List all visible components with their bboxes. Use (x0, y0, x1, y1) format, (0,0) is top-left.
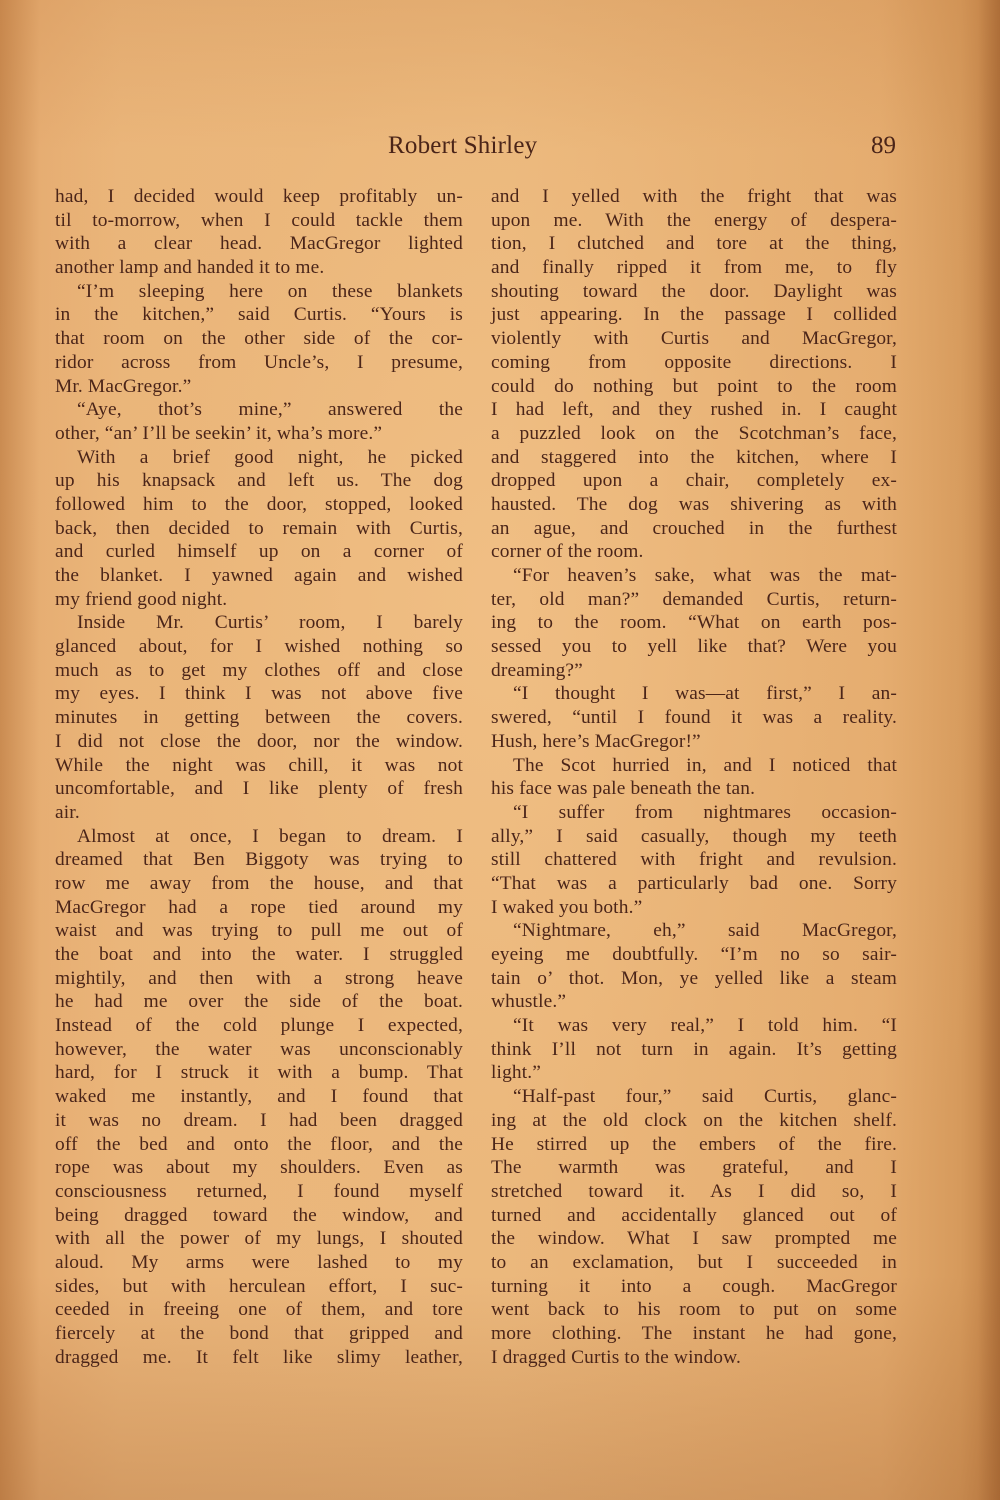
text-line: went back to his room to put on some (491, 1298, 897, 1322)
text-line: aloud. My arms were lashed to my (55, 1251, 463, 1275)
text-line: uncomfortable, and I like plenty of fres… (55, 777, 463, 801)
text-line: followed him to the door, stopped, looke… (55, 493, 463, 517)
right-column: and I yelled with the fright that wasupo… (491, 185, 897, 1369)
text-line: with all the power of my lungs, I shoute… (55, 1227, 463, 1251)
text-line: dragged me. It felt like slimy leather, (55, 1346, 463, 1370)
text-line: still chattered with fright and revulsio… (491, 848, 897, 872)
text-line: tain o’ thot. Mon, ye yelled like a stea… (491, 967, 897, 991)
text-line: “I thought I was—at first,” I an- (491, 682, 897, 706)
text-line: I did not close the door, nor the window… (55, 730, 463, 754)
text-line: I dragged Curtis to the window. (491, 1346, 897, 1370)
text-line: ing at the old clock on the kitchen shel… (491, 1109, 897, 1133)
text-line: stretched toward it. As I did so, I (491, 1180, 897, 1204)
text-line: fiercely at the bond that gripped and (55, 1322, 463, 1346)
text-line: the blanket. I yawned again and wished (55, 564, 463, 588)
text-line: rope was about my shoulders. Even as (55, 1156, 463, 1180)
text-line: “For heaven’s sake, what was the mat- (491, 564, 897, 588)
text-line: much as to get my clothes off and close (55, 659, 463, 683)
text-line: light.” (491, 1061, 897, 1085)
text-line: other, “an’ I’ll be seekin’ it, wha’s mo… (55, 422, 463, 446)
text-line: dreamed that Ben Biggoty was trying to (55, 848, 463, 872)
text-line: ridor across from Uncle’s, I presume, (55, 351, 463, 375)
text-line: coming from opposite directions. I (491, 351, 897, 375)
text-line: ceeded in freeing one of them, and tore (55, 1298, 463, 1322)
text-line: and finally ripped it from me, to fly (491, 256, 897, 280)
text-line: Instead of the cold plunge I expected, (55, 1014, 463, 1038)
text-line: however, the water was unconscionably (55, 1038, 463, 1062)
text-line: and staggered into the kitchen, where I (491, 446, 897, 470)
text-line: MacGregor had a rope tied around my (55, 896, 463, 920)
text-line: He stirred up the embers of the fire. (491, 1133, 897, 1157)
text-line: “That was a particularly bad one. Sorry (491, 872, 897, 896)
text-line: Inside Mr. Curtis’ room, I barely (55, 611, 463, 635)
text-line: sessed you to yell like that? Were you (491, 635, 897, 659)
text-line: with a clear head. MacGregor lighted (55, 232, 463, 256)
text-line: my eyes. I think I was not above five (55, 682, 463, 706)
text-line: an ague, and crouched in the furthest (491, 517, 897, 541)
text-line: off the bed and onto the floor, and the (55, 1133, 463, 1157)
text-line: violently with Curtis and MacGregor, (491, 327, 897, 351)
text-line: had, I decided would keep profitably un- (55, 185, 463, 209)
text-line: shouting toward the door. Daylight was (491, 280, 897, 304)
text-line: I had left, and they rushed in. I caught (491, 398, 897, 422)
text-line: and curled himself up on a corner of (55, 540, 463, 564)
text-line: Mr. MacGregor.” (55, 375, 463, 399)
text-line: back, then decided to remain with Curtis… (55, 517, 463, 541)
book-page: Robert Shirley 89 had, I decided would k… (0, 0, 1000, 1500)
text-line: his face was pale beneath the tan. (491, 777, 897, 801)
text-line: the boat and into the water. I struggled (55, 943, 463, 967)
text-line: While the night was chill, it was not (55, 754, 463, 778)
text-line: upon me. With the energy of despera- (491, 209, 897, 233)
text-line: more clothing. The instant he had gone, (491, 1322, 897, 1346)
text-line: til to-morrow, when I could tackle them (55, 209, 463, 233)
text-line: With a brief good night, he picked (55, 446, 463, 470)
text-line: dropped upon a chair, completely ex- (491, 469, 897, 493)
text-line: ing to the room. “What on earth pos- (491, 611, 897, 635)
running-header: Robert Shirley 89 (60, 130, 898, 170)
text-line: and I yelled with the fright that was (491, 185, 897, 209)
text-line: another lamp and handed it to me. (55, 256, 463, 280)
text-line: dreaming?” (491, 659, 897, 683)
text-line: the window. What I saw prompted me (491, 1227, 897, 1251)
text-line: ter, old man?” demanded Curtis, return- (491, 588, 897, 612)
running-title: Robert Shirley (388, 132, 537, 160)
text-line: air. (55, 801, 463, 825)
text-line: “Aye, thot’s mine,” answered the (55, 398, 463, 422)
text-line: “Nightmare, eh,” said MacGregor, (491, 919, 897, 943)
text-line: waist and was trying to pull me out of (55, 919, 463, 943)
text-line: Hush, here’s MacGregor!” (491, 730, 897, 754)
text-line: a puzzled look on the Scotchman’s face, (491, 422, 897, 446)
text-line: minutes in getting between the covers. (55, 706, 463, 730)
text-line: think I’ll not turn in again. It’s getti… (491, 1038, 897, 1062)
text-line: tion, I clutched and tore at the thing, (491, 232, 897, 256)
text-line: “I suffer from nightmares occasion- (491, 801, 897, 825)
text-line: turned and accidentally glanced out of (491, 1204, 897, 1228)
text-line: he had me over the side of the boat. (55, 990, 463, 1014)
text-line: that room on the other side of the cor- (55, 327, 463, 351)
text-line: I waked you both.” (491, 896, 897, 920)
text-line: “Half-past four,” said Curtis, glanc- (491, 1085, 897, 1109)
page-number: 89 (871, 132, 896, 160)
text-line: being dragged toward the window, and (55, 1204, 463, 1228)
text-line: ally,” I said casually, though my teeth (491, 825, 897, 849)
text-line: The warmth was grateful, and I (491, 1156, 897, 1180)
text-line: mightily, and then with a strong heave (55, 967, 463, 991)
text-line: up his knapsack and left us. The dog (55, 469, 463, 493)
text-line: hausted. The dog was shivering as with (491, 493, 897, 517)
text-line: could do nothing but point to the room (491, 375, 897, 399)
text-line: “It was very real,” I told him. “I (491, 1014, 897, 1038)
text-line: row me away from the house, and that (55, 872, 463, 896)
left-column: had, I decided would keep profitably un-… (55, 185, 463, 1369)
text-line: waked me instantly, and I found that (55, 1085, 463, 1109)
text-line: just appearing. In the passage I collide… (491, 303, 897, 327)
text-line: corner of the room. (491, 540, 897, 564)
text-line: eyeing me doubtfully. “I’m no so sair- (491, 943, 897, 967)
text-line: in the kitchen,” said Curtis. “Yours is (55, 303, 463, 327)
text-line: “I’m sleeping here on these blankets (55, 280, 463, 304)
text-line: consciousness returned, I found myself (55, 1180, 463, 1204)
text-line: my friend good night. (55, 588, 463, 612)
text-line: glanced about, for I wished nothing so (55, 635, 463, 659)
text-line: turning it into a cough. MacGregor (491, 1275, 897, 1299)
text-line: Almost at once, I began to dream. I (55, 825, 463, 849)
text-line: The Scot hurried in, and I noticed that (491, 754, 897, 778)
text-line: sides, but with herculean effort, I suc- (55, 1275, 463, 1299)
text-line: swered, “until I found it was a reality. (491, 706, 897, 730)
text-line: whustle.” (491, 990, 897, 1014)
text-line: it was no dream. I had been dragged (55, 1109, 463, 1133)
text-line: hard, for I struck it with a bump. That (55, 1061, 463, 1085)
text-line: to an exclamation, but I succeeded in (491, 1251, 897, 1275)
